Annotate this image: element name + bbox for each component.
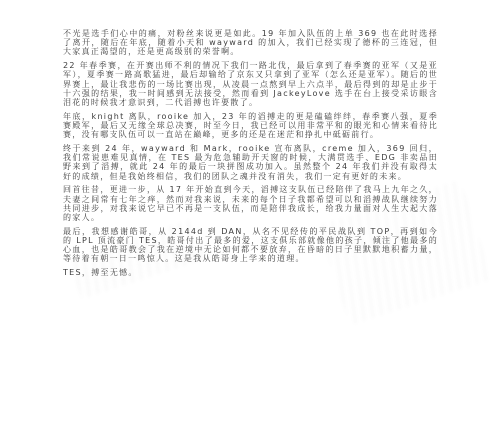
document-body: 不光是选手们心中的痛，对粉丝来说更是如此。19 年加入队伍的上单 369 也在此… [63,29,438,277]
paragraph: 回首往昔，更进一步，从 17 年开始直到今天，滔搏这支队伍已经陪伴了我马上九年之… [63,185,438,222]
closing-line: TES，搏至无憾。 [63,268,438,277]
paragraph: 不光是选手们心中的痛，对粉丝来说更是如此。19 年加入队伍的上单 369 也在此… [63,29,438,57]
paragraph: 22 年春季赛，在开赛出师不利的情况下我们一路北伐，最后拿到了春季赛的亚军（又是… [63,61,438,107]
paragraph: 年底，knight 离队，rooike 加入，23 年的滔搏走的更是磕磕绊绊，春… [63,112,438,140]
paragraph: 终于来到 24 年，wayward 和 Mark，rooike 宣布离队，cre… [63,144,438,181]
document-page: 不光是选手们心中的痛，对粉丝来说更是如此。19 年加入队伍的上单 369 也在此… [0,0,500,440]
paragraph: 最后，我想感谢皓哥，从 2144d 到 DAN，从名不见经传的平民战队到 TOP… [63,227,438,264]
